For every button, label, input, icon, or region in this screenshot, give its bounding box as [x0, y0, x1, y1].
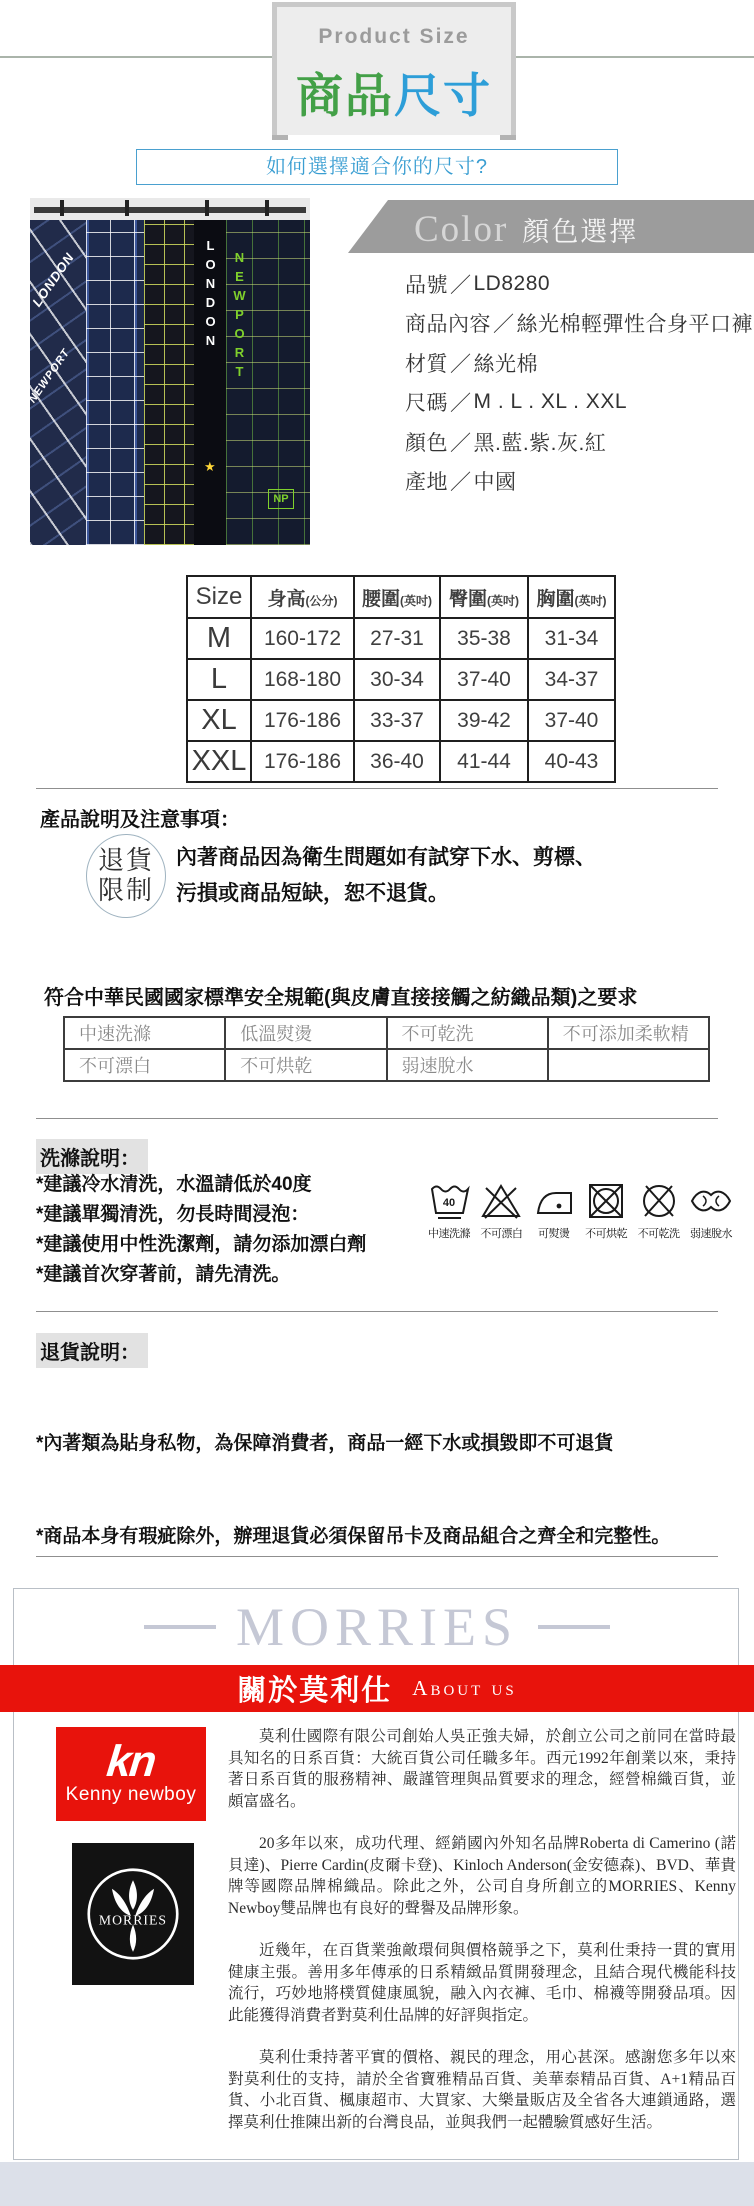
- np-logo-badge: NP: [268, 489, 294, 509]
- size-row-xl: XL 176-186 33-37 39-42 37-40: [187, 700, 615, 741]
- boxer-panel-plaid-navy: LONDON NEWPORT: [30, 220, 88, 545]
- brand-wordmark: MORRIES: [236, 1596, 518, 1658]
- photo-brand-text: LONDON: [203, 238, 218, 352]
- about-banner-zh: 關於莫利仕: [237, 1668, 392, 1709]
- section-divider: [36, 788, 718, 789]
- hanger-hook: [205, 200, 209, 216]
- hanger-hook: [60, 200, 64, 216]
- spec-item-colors: 顏色／ 黑.藍.紫.灰.紅: [405, 422, 753, 462]
- care-standard-table: 中速洗滌 低溫熨燙 不可乾洗 不可添加柔軟精 不可漂白 不可烘乾 弱速脫水: [63, 1016, 710, 1082]
- size-row-xxl: XXL 176-186 36-40 41-44 40-43: [187, 741, 615, 782]
- morries-logo: MORRIES: [72, 1843, 194, 1985]
- boxer-panel-dark-green-text: NEWPORT NP: [226, 220, 310, 545]
- notice-heading: 產品說明及注意事項：: [40, 803, 240, 832]
- washing-instructions: *建議冷水清洗，水溫請低於40度 *建議單獨清洗，勿長時間浸泡： *建議使用中性…: [36, 1170, 366, 1290]
- product-size-page: Product Size 商品尺寸 如何選擇適合你的尺寸? LONDON NEW…: [0, 0, 754, 2206]
- boxer-panel-check-yellow: [144, 220, 196, 545]
- about-paragraph: 莫利仕秉持著平實的價格、親民的理念，用心甚深。感謝您多年以來對莫利仕的支持，請於…: [228, 2047, 736, 2133]
- col-chest: 胸圍(英吋): [528, 576, 615, 618]
- color-section-banner: Color 顏色選擇: [348, 200, 754, 253]
- size-question-banner: 如何選擇適合你的尺寸?: [136, 149, 618, 185]
- slash-separator: ／: [450, 269, 472, 299]
- no-bleach-icon: [479, 1180, 523, 1222]
- slash-separator: ／: [450, 387, 472, 417]
- col-hip: 臀圍(英吋): [440, 576, 528, 618]
- page-title-part2: 尺寸: [394, 69, 492, 122]
- wring-icon: [689, 1180, 733, 1222]
- photo-brand-text: NEWPORT: [30, 347, 73, 406]
- kenny-newboy-logo: kn Kenny newboy: [56, 1727, 206, 1821]
- color-banner-en: Color: [414, 208, 508, 251]
- care-symbol-strip: 40 中速洗滌 不可漂白 可熨燙 不可烘乾: [424, 1180, 736, 1241]
- svg-text:40: 40: [443, 1197, 455, 1209]
- photo-brand-text: LONDON: [30, 250, 77, 310]
- spec-item-origin: 產地／ 中國: [405, 462, 753, 502]
- kn-monogram: kn: [105, 1742, 157, 1782]
- photo-brand-text: NEWPORT: [232, 250, 247, 383]
- care-item-iron: 可熨燙: [529, 1180, 579, 1241]
- spec-item-material: 材質／ 絲光棉: [405, 343, 753, 383]
- wordmark-dash: [144, 1625, 216, 1629]
- section-divider: [36, 1311, 718, 1312]
- spec-item-content: 商品內容／絲光棉輕彈性合身平口褲: [405, 304, 753, 344]
- care-item-wash40: 40 中速洗滌: [424, 1180, 474, 1241]
- iron-icon: [532, 1180, 576, 1222]
- care-item-gentle-spin: 弱速脫水: [686, 1180, 736, 1241]
- care-item-no-bleach: 不可漂白: [476, 1180, 526, 1241]
- color-banner-zh: 顏色選擇: [522, 210, 638, 249]
- boxer-panel-black-band: LONDON ★: [194, 220, 228, 545]
- slash-separator: ／: [493, 308, 515, 338]
- product-photo: LONDON NEWPORT LONDON ★ NEWPORT NP: [30, 198, 310, 545]
- eyebrow-text: Product Size: [277, 25, 511, 49]
- svg-text:MORRIES: MORRIES: [99, 1913, 167, 1928]
- about-paragraph: 近幾年，在百貨業強敵環伺與價格競爭之下，莫利仕秉持一貫的實用健康主張。善用多年傳…: [228, 1940, 736, 2026]
- return-restriction-stamp: 退貨 限制: [86, 834, 166, 918]
- hanger-hook: [265, 200, 269, 216]
- about-paragraph: 莫利仕國際有限公司創始人吳正強夫婦，於創立公司之前同在當時最具知名的日系百貨：大…: [228, 1726, 736, 1812]
- spec-item-sizes: 尺碼／M . L . XL . XXL: [405, 383, 753, 423]
- returns-heading: 退貨說明：: [36, 1333, 148, 1368]
- col-waist: 腰圍(英吋): [354, 576, 440, 618]
- product-spec-list: 品號／LD8280 商品內容／絲光棉輕彈性合身平口褲 材質／ 絲光棉 尺碼／M …: [405, 264, 753, 501]
- about-paragraph: 20多年以來，成功代理、經銷國內外知名品牌Roberta di Camerino…: [228, 1833, 736, 1919]
- footer-strip: [0, 2162, 754, 2206]
- care-row-1: 中速洗滌 低溫熨燙 不可乾洗 不可添加柔軟精: [64, 1017, 709, 1049]
- about-banner-en: About us: [412, 1676, 516, 1701]
- brand-wordmark-row: MORRIES: [0, 1596, 754, 1658]
- washing-heading: 洗滌說明：: [36, 1139, 148, 1174]
- care-item-no-tumble-dry: 不可烘乾: [581, 1180, 631, 1241]
- slash-separator: ／: [450, 348, 472, 378]
- section-divider: [36, 1556, 718, 1557]
- care-item-no-dry-clean: 不可乾洗: [634, 1180, 684, 1241]
- star-icon: ★: [204, 459, 216, 475]
- size-row-m: M 160-172 27-31 35-38 31-34: [187, 618, 615, 659]
- about-paragraphs: 莫利仕國際有限公司創始人吳正強夫婦，於創立公司之前同在當時最具知名的日系百貨：大…: [228, 1726, 736, 2154]
- size-row-l: L 168-180 30-34 37-40 34-37: [187, 659, 615, 700]
- boxer-panel-check-blue: [86, 220, 146, 545]
- about-banner: 關於莫利仕 About us: [0, 1665, 754, 1712]
- page-title-part1: 商品: [296, 69, 394, 122]
- page-title-box: Product Size 商品尺寸: [272, 2, 516, 135]
- wordmark-dash: [538, 1625, 610, 1629]
- kenny-newboy-logo-text: Kenny newboy: [66, 1784, 197, 1806]
- size-table-header-row: Size 身高(公分) 腰圍(英吋) 臀圍(英吋) 胸圍(英吋): [187, 576, 615, 618]
- no-dry-clean-icon: [637, 1180, 681, 1222]
- notice-text: 內著商品因為衛生問題如有試穿下水、剪標、 污損或商品短缺，恕不退貨。: [176, 840, 596, 912]
- wash-40-icon: 40: [427, 1180, 471, 1222]
- care-row-2: 不可漂白 不可烘乾 弱速脫水: [64, 1049, 709, 1081]
- col-size: Size: [187, 576, 251, 618]
- morries-emblem-icon: MORRIES: [80, 1855, 186, 1973]
- spec-item-number: 品號／LD8280: [405, 264, 753, 304]
- section-divider: [36, 1118, 718, 1119]
- col-height: 身高(公分): [251, 576, 354, 618]
- safety-standard-heading: 符合中華民國國家標準安全規範(與皮膚直接接觸之紡織品類)之要求: [44, 981, 637, 1010]
- size-table: Size 身高(公分) 腰圍(英吋) 臀圍(英吋) 胸圍(英吋) M 160-1…: [186, 575, 616, 783]
- page-title: 商品尺寸: [277, 59, 511, 126]
- slash-separator: ／: [450, 427, 472, 457]
- hanger-hook: [125, 200, 129, 216]
- no-tumble-dry-icon: [584, 1180, 628, 1222]
- slash-separator: ／: [450, 466, 472, 496]
